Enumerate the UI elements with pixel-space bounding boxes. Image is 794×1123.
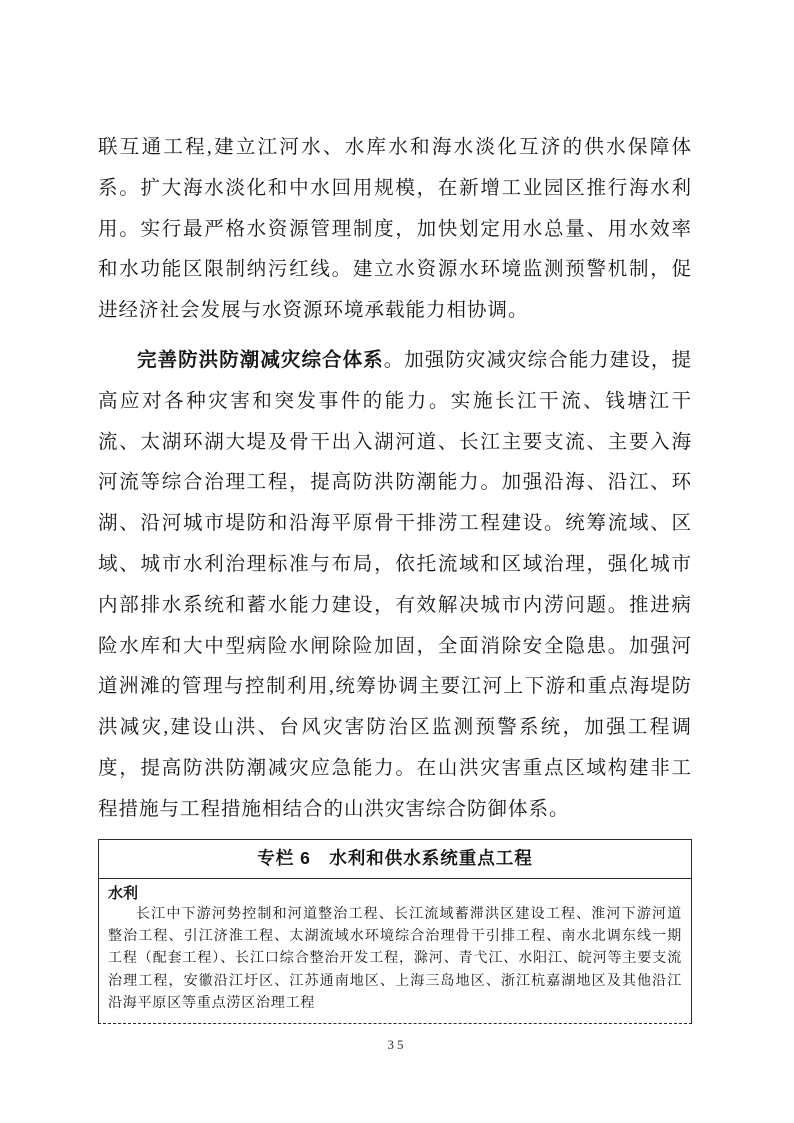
box-content: 水利 长江中下游河势控制和河道整治工程、长江流域蓄滞洪区建设工程、淮河下游河道整… [99,879,691,1023]
document-page: 联互通工程,建立江河水、水库水和海水淡化互济的供水保障体系。扩大海水淡化和中水回… [0,0,794,1123]
paragraph-water-supply: 联互通工程,建立江河水、水库水和海水淡化互济的供水保障体系。扩大海水淡化和中水回… [98,128,692,332]
box-title: 专栏 6 水利和供水系统重点工程 [99,840,691,879]
paragraph-flood-control: 完善防洪防潮减灾综合体系。加强防灾减灾综合能力建设，提高应对各种灾害和突发事件的… [98,340,692,831]
box-section-label: 水利 [108,883,682,904]
page-number: 35 [0,1037,794,1053]
paragraph-flood-control-text: 。加强防灾减灾综合能力建设，提高应对各种灾害和突发事件的能力。实施长江干流、钱塘… [98,350,692,820]
highlight-box-column6: 专栏 6 水利和供水系统重点工程 水利 长江中下游河势控制和河道整治工程、长江流… [98,839,692,1024]
paragraph-lead-bold: 完善防洪防潮减灾综合体系 [137,349,384,371]
page-body: 联互通工程,建立江河水、水库水和海水淡化互济的供水保障体系。扩大海水淡化和中水回… [98,128,692,1024]
box-body-text: 长江中下游河势控制和河道整治工程、长江流域蓄滞洪区建设工程、淮河下游河道整治工程… [108,904,682,1016]
